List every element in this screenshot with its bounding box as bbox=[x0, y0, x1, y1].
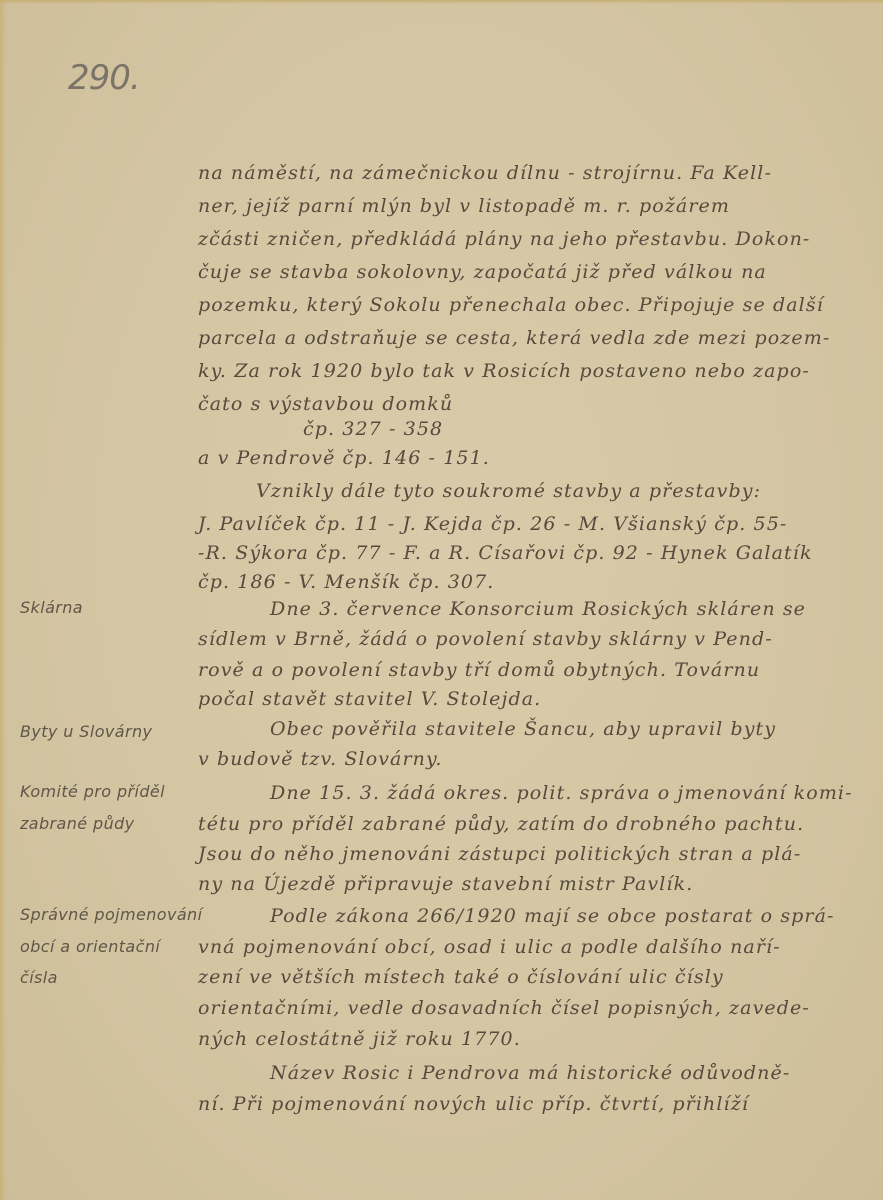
text-line: tétu pro příděl zabrané půdy, zatím do d… bbox=[198, 813, 804, 835]
margin-note: Sklárna bbox=[20, 598, 83, 617]
margin-note: Komité pro příděl bbox=[20, 782, 165, 801]
text-line: sídlem v Brně, žádá o povolení stavby sk… bbox=[198, 628, 773, 650]
margin-note: zabrané půdy bbox=[20, 814, 135, 833]
text-line: orientačními, vedle dosavadních čísel po… bbox=[198, 997, 810, 1019]
text-line: a v Pendrově čp. 146 - 151. bbox=[198, 447, 490, 469]
text-line: v budově tzv. Slovárny. bbox=[198, 748, 442, 770]
text-line: J. Pavlíček čp. 11 - J. Kejda čp. 26 - M… bbox=[198, 513, 787, 535]
margin-note: Byty u Slovárny bbox=[20, 722, 152, 741]
text-line: Vznikly dále tyto soukromé stavby a přes… bbox=[256, 480, 761, 502]
text-line: rově a o povolení stavby tří domů obytný… bbox=[198, 659, 760, 681]
text-line: čato s výstavbou domků bbox=[198, 393, 453, 415]
chronicle-page: 290. SklárnaByty u SlovárnyKomité pro př… bbox=[0, 0, 883, 1200]
text-line: Obec pověřila stavitele Šancu, aby uprav… bbox=[270, 718, 776, 740]
text-line: Jsou do něho jmenováni zástupci politick… bbox=[198, 843, 801, 865]
text-line: parcela a odstraňuje se cesta, která ved… bbox=[198, 327, 830, 349]
page-number: 290. bbox=[68, 58, 140, 98]
text-line: zení ve větších místech také o číslování… bbox=[198, 966, 724, 988]
text-line: na náměstí, na zámečnickou dílnu - stroj… bbox=[198, 162, 772, 184]
text-line: čp. 327 - 358 bbox=[303, 418, 443, 440]
text-line: počal stavět stavitel V. Stolejda. bbox=[198, 688, 541, 710]
text-line: pozemku, který Sokolu přenechala obec. P… bbox=[198, 294, 824, 316]
text-line: Dne 15. 3. žádá okres. polit. správa o j… bbox=[270, 782, 853, 804]
text-line: zčásti zničen, předkládá plány na jeho p… bbox=[198, 228, 810, 250]
text-line: ných celostátně již roku 1770. bbox=[198, 1028, 521, 1050]
text-line: -R. Sýkora čp. 77 - F. a R. Císařovi čp.… bbox=[198, 542, 813, 564]
margin-note: Správné pojmenování bbox=[20, 905, 202, 924]
text-line: Dne 3. července Konsorcium Rosických skl… bbox=[270, 598, 806, 620]
margin-note: čísla bbox=[20, 968, 58, 987]
text-line: vná pojmenování obcí, osad i ulic a podl… bbox=[198, 936, 781, 958]
text-line: čp. 186 - V. Menšík čp. 307. bbox=[198, 571, 494, 593]
margin-note: obcí a orientační bbox=[20, 937, 160, 956]
text-line: ní. Při pojmenování nových ulic příp. čt… bbox=[198, 1093, 749, 1115]
text-line: ny na Újezdě připravuje stavební mistr P… bbox=[198, 873, 693, 895]
text-line: ky. Za rok 1920 bylo tak v Rosicích post… bbox=[198, 360, 810, 382]
text-line: Podle zákona 266/1920 mají se obce posta… bbox=[270, 905, 835, 927]
text-line: čuje se stavba sokolovny, započatá již p… bbox=[198, 261, 767, 283]
text-line: Název Rosic i Pendrova má historické odů… bbox=[270, 1062, 790, 1084]
text-line: ner, jejíž parní mlýn byl v listopadě m.… bbox=[198, 195, 730, 217]
